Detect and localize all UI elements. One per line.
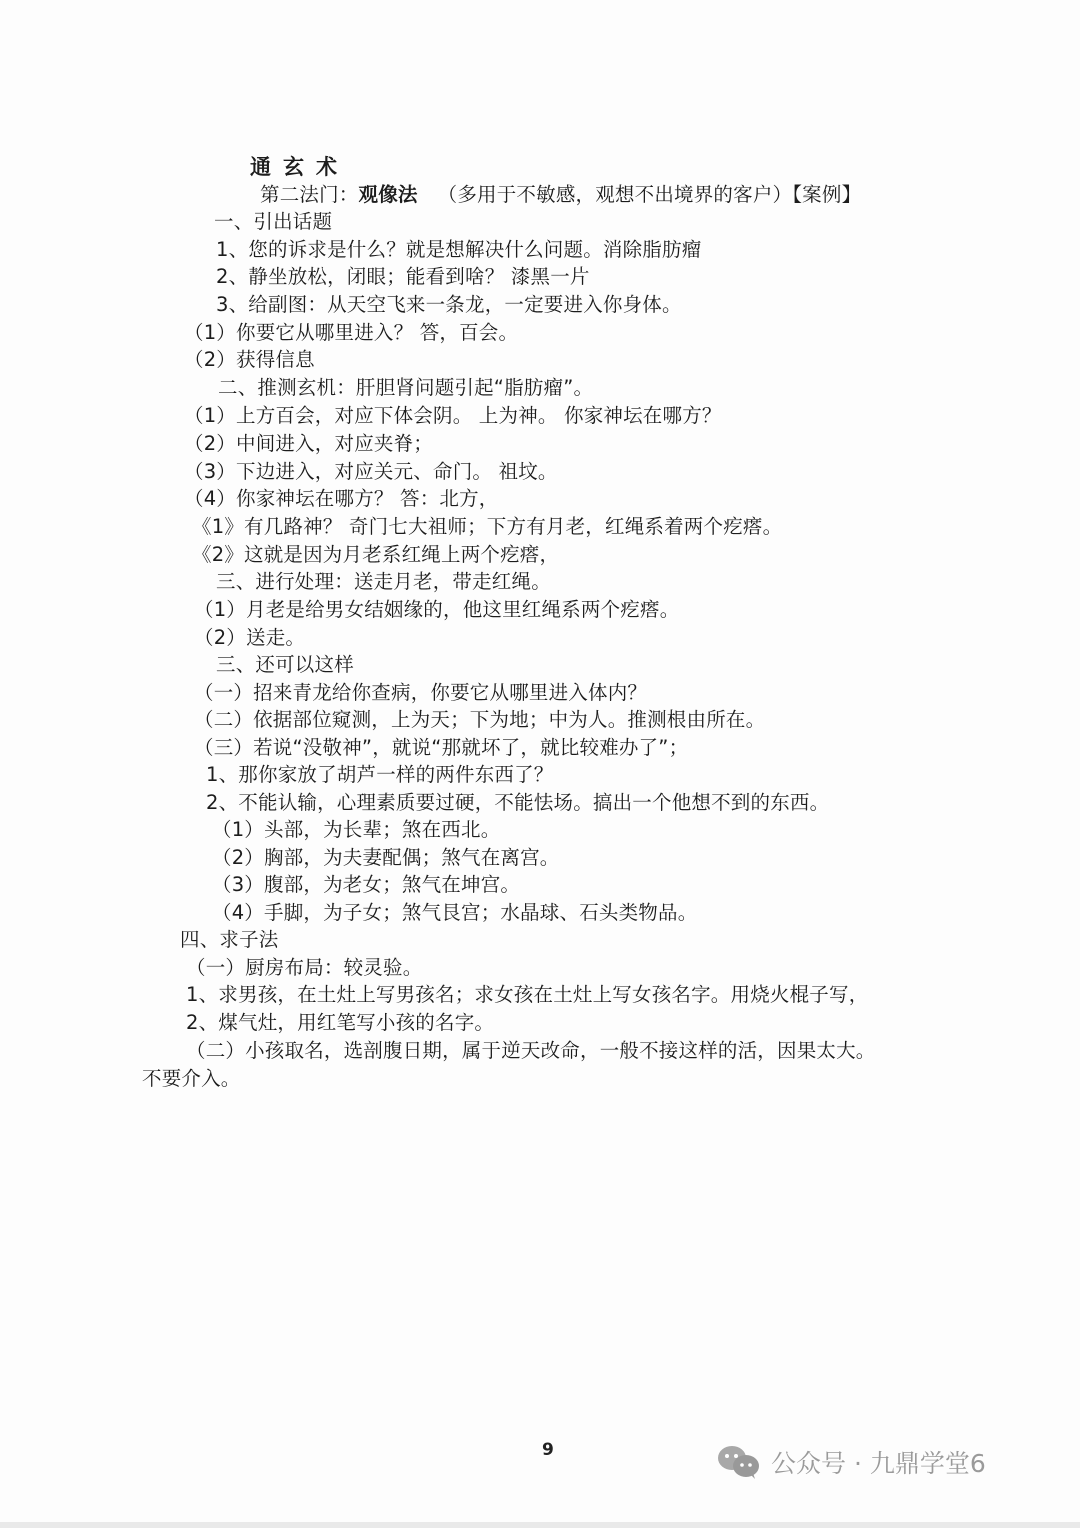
text-line: （2）胸部，为夫妻配偶；煞气在离宫。: [212, 845, 560, 871]
text-line: 2、静坐放松，闭眼；能看到啥？ 漆黑一片: [216, 264, 590, 290]
text-line: （3）下边进入，对应关元、命门。 祖坟。: [184, 459, 558, 485]
text-line: （3）腹部，为老女；煞气在坤宫。: [212, 872, 520, 898]
text-line: （1）月老是给男女结姻缘的，他这里红绳系两个疙瘩。: [194, 597, 679, 623]
text-line: （三）若说“没敬神”，就说“那就坏了，就比较难办了”；: [194, 735, 688, 761]
text-line: 二、推测玄机：肝胆肾问题引起“脂肪瘤”。: [218, 375, 593, 401]
text-line: （二）依据部位窥测，上为天；下为地；中为人。推测根由所在。: [194, 707, 765, 733]
page-bottom-edge: [0, 1522, 1080, 1528]
watermark-text: 公众号 · 九鼎学堂6: [771, 1444, 986, 1480]
text-line: （4）手脚，为子女；煞气艮宫；水晶球、石头类物品。: [212, 900, 697, 926]
text-line: 四、求子法: [180, 927, 279, 953]
text-line: 三、还可以这样: [216, 652, 354, 678]
text-line: 1、您的诉求是什么？就是想解决什么问题。消除脂肪瘤: [216, 237, 701, 263]
document-title: 通玄术: [250, 154, 349, 180]
wechat-icon: [715, 1444, 763, 1480]
text-line: （1）你要它从哪里进入？ 答，百会。: [184, 320, 518, 346]
text-line: （2）送走。: [194, 625, 305, 651]
text-line: 不要介入。: [142, 1066, 241, 1092]
page-number: 9: [542, 1440, 554, 1460]
text-line: （1）头部，为长辈；煞在西北。: [212, 817, 500, 843]
text-line: （一）厨房布局：较灵验。: [186, 955, 422, 981]
text-line: 1、求男孩，在土灶上写男孩名；求女孩在土灶上写女孩名字。用烧火棍子写，: [186, 982, 868, 1008]
text-line: 3、给副图：从天空飞来一条龙，一定要进入你身体。: [216, 292, 682, 318]
text-line: 《1》有几路神？ 奇门七大祖师；下方有月老，红绳系着两个疙瘩。: [192, 514, 782, 540]
text-line: 《2》这就是因为月老系红绳上两个疙瘩，: [192, 542, 559, 568]
text-line: （4）你家神坛在哪方？ 答：北方，: [184, 486, 499, 512]
subtitle-prefix: 第二法门：: [260, 183, 359, 206]
text-line: 一、引出话题: [214, 209, 332, 235]
text-line: （2）中间进入，对应夹脊；: [184, 431, 433, 457]
text-line: （一）招来青龙给你查病，你要它从哪里进入体内？: [194, 680, 647, 706]
watermark: 公众号 · 九鼎学堂6: [715, 1444, 986, 1480]
text-line: 1、那你家放了胡芦一样的两件东西了？: [206, 762, 554, 788]
text-line: （1）上方百会，对应下体会阴。 上为神。 你家神坛在哪方？: [184, 403, 722, 429]
subtitle-method: 观像法: [359, 183, 418, 206]
document-subtitle: 第二法门：观像法（多用于不敏感，观想不出境界的客户）【案例】: [260, 182, 861, 208]
text-line: （二）小孩取名，选剖腹日期，属于逆天改命，一般不接这样的活，因果太大。: [186, 1038, 876, 1064]
document-page: 通玄术 第二法门：观像法（多用于不敏感，观想不出境界的客户）【案例】 一、引出话…: [0, 0, 1080, 1528]
text-line: 三、进行处理：送走月老，带走红绳。: [216, 569, 551, 595]
text-line: 2、煤气灶，用红笔写小孩的名字。: [186, 1010, 494, 1036]
subtitle-note: （多用于不敏感，观想不出境界的客户）【案例】: [438, 183, 862, 206]
text-line: 2、不能认输，心理素质要过硬，不能怯场。搞出一个他想不到的东西。: [206, 790, 829, 816]
text-line: （2）获得信息: [184, 347, 315, 373]
